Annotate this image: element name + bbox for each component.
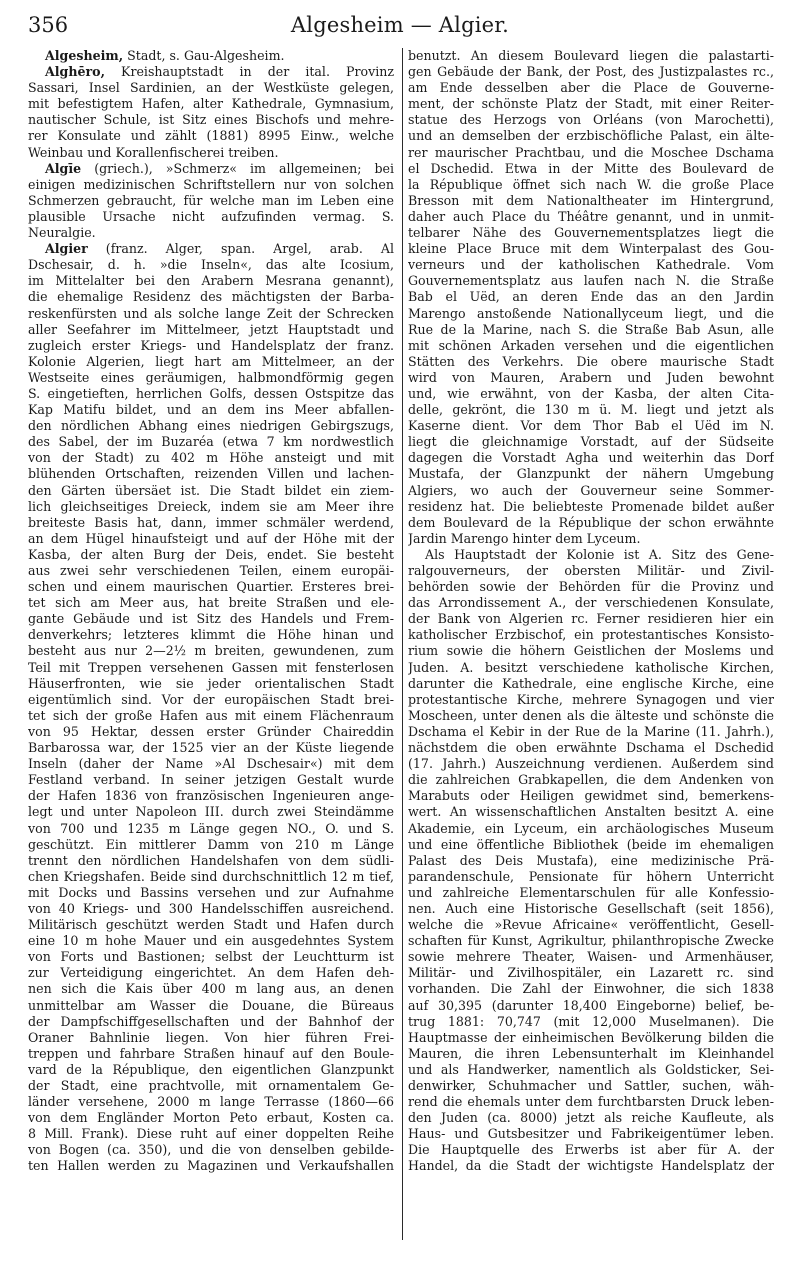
text-line: von dem Engländer Morton Peto erbaut, Ko… xyxy=(28,1110,394,1126)
line-text: rer Konsulate und zählt (1881) 8995 Einw… xyxy=(28,128,394,143)
line-text: von der Stadt) zu 402 m Höhe ansteigt un… xyxy=(28,450,394,465)
text-line: von 40 Kriegs- und 300 Handelsschiffen a… xyxy=(28,901,394,917)
line-text: gen Gebäude der Bank, der Post, des Just… xyxy=(408,64,774,79)
text-line: residenz hat. Die beliebteste Promenade … xyxy=(408,499,774,515)
text-line: tet sich der große Hafen aus mit einem F… xyxy=(28,708,394,724)
line-text: rer maurischer Prachtbau, und die Mosche… xyxy=(408,145,774,160)
text-line: tet sich am Meer aus, hat breite Straßen… xyxy=(28,595,394,611)
text-line: telbarer Nähe des Gouvernementsplatzes l… xyxy=(408,225,774,241)
line-text: des Sabel, der im Buzaréa (etwa 7 km nor… xyxy=(28,434,394,449)
line-text: Palast des Deis Mustafa), eine medizinis… xyxy=(408,853,774,868)
line-text: Jardin Marengo hinter dem Lyceum. xyxy=(408,531,640,546)
text-line: Sassari, Insel Sardinien, an der Westküs… xyxy=(28,80,394,96)
text-line: trug 1881: 70,747 (mit 12,000 Muselmanen… xyxy=(408,1014,774,1030)
line-text: nen sich die Kais über 400 m lang aus, a… xyxy=(28,981,394,996)
text-line: plausible Ursache nicht aufzufinden verm… xyxy=(28,209,394,225)
line-text: statue des Herzogs von Orléans (von Maro… xyxy=(408,112,774,127)
text-line: benutzt. An diesem Boulevard liegen die … xyxy=(408,48,774,64)
text-line: trennt den nördlichen Handelshafen von d… xyxy=(28,853,394,869)
line-text: das Arrondissement A., der verschiedenen… xyxy=(408,595,774,610)
line-text: kleine Place Bruce mit dem Winterpalast … xyxy=(408,241,774,256)
line-text: plausible Ursache nicht aufzufinden verm… xyxy=(28,209,394,224)
text-line: statue des Herzogs von Orléans (von Maro… xyxy=(408,112,774,128)
text-line: protestantische Kirche, mehrere Synagoge… xyxy=(408,692,774,708)
entry-headword: Algier xyxy=(45,241,88,256)
text-line: katholischer Erzbischof, ein protestanti… xyxy=(408,627,774,643)
text-line: zur Verteidigung eingerichtet. An dem Ha… xyxy=(28,965,394,981)
text-line: die zahlreichen Grabkapellen, die dem An… xyxy=(408,772,774,788)
running-head: Algesheim — Algier. xyxy=(28,12,772,38)
entry-line: Algīe (griech.), »Schmerz« im allgemeine… xyxy=(28,161,394,177)
text-line: Schmerzen gebraucht, für welche man im L… xyxy=(28,193,394,209)
text-line: Moscheen, unter denen als die älteste un… xyxy=(408,708,774,724)
line-text: der Stadt, eine prachtvolle, mit ornamen… xyxy=(28,1078,394,1093)
line-text: Häuserfronten, wie sie jeder orientalisc… xyxy=(28,676,394,691)
line-text: benutzt. An diesem Boulevard liegen die … xyxy=(408,48,774,63)
line-text: von Forts und Bastionen; selbst der Leuc… xyxy=(28,949,394,964)
line-text: Teil mit Treppen versehenen Gassen mit f… xyxy=(28,660,394,675)
line-text: einigen medizinischen Schriftstellern nu… xyxy=(28,177,394,192)
column-divider xyxy=(402,48,403,1240)
line-text: und eine öffentliche Bibliothek (beide i… xyxy=(408,837,774,852)
line-text: und an demselben der erzbischöfliche Pal… xyxy=(408,128,774,143)
line-text: und zahlreiche Elementarschulen für alle… xyxy=(408,885,774,900)
line-text: Festland verband. In seiner jetzigen Ges… xyxy=(28,772,394,787)
text-line: länder versehene, 2000 m lange Terrasse … xyxy=(28,1094,394,1110)
text-line: darunter die Kathedrale, eine englische … xyxy=(408,676,774,692)
line-text: Marengo anstoßende Nationallyceum liegt,… xyxy=(408,306,774,321)
line-text: denwirker, Schuhmacher und Sattler, such… xyxy=(408,1078,774,1093)
text-line: und an demselben der erzbischöfliche Pal… xyxy=(408,128,774,144)
line-text: vorhanden. Die Zahl der Einwohner, die s… xyxy=(408,981,774,996)
text-line: Dschesair, d. h. »die Inseln«, das alte … xyxy=(28,257,394,273)
page-header: 356 Algesheim — Algier. xyxy=(28,12,772,38)
line-text: die zahlreichen Grabkapellen, die dem An… xyxy=(408,772,774,787)
text-line: unmittelbar am Wasser die Douane, die Bü… xyxy=(28,998,394,1014)
line-text: blühenden Ortschaften, reizenden Villen … xyxy=(28,466,394,481)
text-line: mit schönen Arkaden versehen und die eig… xyxy=(408,338,774,354)
text-line: wert. An wissenschaftlichen Anstalten be… xyxy=(408,804,774,820)
line-text: vard de la République, den eigentlichen … xyxy=(28,1062,394,1077)
line-text: ment, der schönste Platz der Stadt, mit … xyxy=(408,96,774,111)
line-text: welche die »Revue Africaine« veröffentli… xyxy=(408,917,774,932)
text-line: schaften für Kunst, Agrikultur, philanth… xyxy=(408,933,774,949)
text-line: Jardin Marengo hinter dem Lyceum. xyxy=(408,531,774,547)
line-text: denverkehrs; letzteres klimmt die Höhe h… xyxy=(28,627,394,642)
line-text: S. eingetieften, herrlichen Golfs, desse… xyxy=(28,386,394,401)
text-line: daher auch Place du Théâtre genannt, und… xyxy=(408,209,774,225)
text-line: reskenfürsten und als solche lange Zeit … xyxy=(28,306,394,322)
text-line: nen. Auch eine Historische Gesellschaft … xyxy=(408,901,774,917)
text-line: Kolonie Algerien, liegt hart am Mittelme… xyxy=(28,354,394,370)
line-text: den Juden (ca. 8000) jetzt als reiche Ka… xyxy=(408,1110,774,1125)
text-line: parandenschule, Pensionate für höhern Un… xyxy=(408,869,774,885)
line-text: el Dschedid. Etwa in der Mitte des Boule… xyxy=(408,161,774,176)
line-text: behörden sowie der Behörden für die Prov… xyxy=(408,579,774,594)
entry-headword: Alghēro, xyxy=(45,64,105,79)
text-line: welche die »Revue Africaine« veröffentli… xyxy=(408,917,774,933)
line-text: länder versehene, 2000 m lange Terrasse … xyxy=(28,1094,394,1109)
line-text: Bresson mit dem Nationaltheater im Hinte… xyxy=(408,193,774,208)
text-line: dem Boulevard de la République der schon… xyxy=(408,515,774,531)
text-line: Juden. A. besitzt verschiedene katholisc… xyxy=(408,660,774,676)
text-line: von 95 Hektar, dessen erster Gründer Cha… xyxy=(28,724,394,740)
line-text: daher auch Place du Théâtre genannt, und… xyxy=(408,209,774,224)
text-line: mit befestigtem Hafen, alter Kathedrale,… xyxy=(28,96,394,112)
text-line: Handel, da die Stadt der wichtigste Hand… xyxy=(408,1158,774,1174)
text-line: la République öffnet sich nach W. die gr… xyxy=(408,177,774,193)
line-text: ten Hallen werden zu Magazinen und Verka… xyxy=(28,1158,394,1173)
text-line: der Bank von Algerien rc. Ferner residie… xyxy=(408,611,774,627)
line-text: der Hafen 1836 von französischen Ingenie… xyxy=(28,788,394,803)
text-line: lich gleichseitiges Dreieck, indem sie a… xyxy=(28,499,394,515)
line-text: ralgouverneurs, der obersten Militär- un… xyxy=(408,563,774,578)
line-text: dem Boulevard de la République der schon… xyxy=(408,515,774,530)
line-text: von Bogen (ca. 350), und die von denselb… xyxy=(28,1142,394,1157)
text-line: delle, gekrönt, die 130 m ü. M. liegt un… xyxy=(408,402,774,418)
text-line: eine 10 m hohe Mauer und ein ausgedehnte… xyxy=(28,933,394,949)
line-text: Marabuts oder Heiligen gewidmet sind, be… xyxy=(408,788,774,803)
line-text: (franz. Alger, span. Argel, arab. Al xyxy=(88,241,394,256)
text-line: einigen medizinischen Schriftstellern nu… xyxy=(28,177,394,193)
line-text: Weinbau und Korallenfischerei treiben. xyxy=(28,145,278,160)
text-line: nen sich die Kais über 400 m lang aus, a… xyxy=(28,981,394,997)
line-text: nen. Auch eine Historische Gesellschaft … xyxy=(408,901,774,916)
entry-line: Algesheim, Stadt, s. Gau-Algesheim. xyxy=(28,48,394,64)
text-line: und eine öffentliche Bibliothek (beide i… xyxy=(408,837,774,853)
text-line: Palast des Deis Mustafa), eine medizinis… xyxy=(408,853,774,869)
line-text: an dem Hügel hinaufsteigt und auf der Hö… xyxy=(28,531,394,546)
line-text: protestantische Kirche, mehrere Synagoge… xyxy=(408,692,774,707)
line-text: delle, gekrönt, die 130 m ü. M. liegt un… xyxy=(408,402,774,417)
line-text: geschützt. Ein mittlerer Damm von 210 m … xyxy=(28,837,394,852)
text-line: Haus- und Gutsbesitzer und Fabrikeigentü… xyxy=(408,1126,774,1142)
text-line: rer Konsulate und zählt (1881) 8995 Einw… xyxy=(28,128,394,144)
text-line: Hauptmasse der einheimischen Bevölkerung… xyxy=(408,1030,774,1046)
text-line: Mustafa, der Glanzpunkt der nähern Umgeb… xyxy=(408,466,774,482)
text-line: rend die ehemals unter dem furchtbarsten… xyxy=(408,1094,774,1110)
text-line: geschützt. Ein mittlerer Damm von 210 m … xyxy=(28,837,394,853)
text-line: Bab el Uëd, an deren Ende das an den Jar… xyxy=(408,289,774,305)
line-text: die ehemalige Residenz des mächtigsten d… xyxy=(28,289,394,304)
line-text: Stätten des Verkehrs. Die obere maurisch… xyxy=(408,354,774,369)
text-line: rer maurischer Prachtbau, und die Mosche… xyxy=(408,145,774,161)
text-line: Dschama el Kebir in der Rue de la Marine… xyxy=(408,724,774,740)
text-line: nächstdem die oben erwähnte Dschama el D… xyxy=(408,740,774,756)
text-line: S. eingetieften, herrlichen Golfs, desse… xyxy=(28,386,394,402)
line-text: sowie mehrere Theater, Waisen- und Armen… xyxy=(408,949,774,964)
line-text: den nördlichen Abhang eines niedrigen Ge… xyxy=(28,418,394,433)
line-text: Kaserne dient. Vor dem Thor Bab el Uëd i… xyxy=(408,418,774,433)
line-text: eigentümlich sind. Vor der europäischen … xyxy=(28,692,394,707)
line-text: Bab el Uëd, an deren Ende das an den Jar… xyxy=(408,289,774,304)
line-text: Kap Matifu bildet, und an dem ins Meer a… xyxy=(28,402,394,417)
text-line: Marabuts oder Heiligen gewidmet sind, be… xyxy=(408,788,774,804)
text-line: am Ende desselben aber die Place de Gouv… xyxy=(408,80,774,96)
line-text: im Mittelalter bei den Arabern Mesrana g… xyxy=(28,273,394,288)
line-text: Stadt, s. Gau-Algesheim. xyxy=(123,48,284,63)
line-text: legt und unter Napoleon III. durch zwei … xyxy=(28,804,394,819)
text-line: besteht aus nur 2—2½ m breiten, gewunden… xyxy=(28,643,394,659)
text-line: das Arrondissement A., der verschiedenen… xyxy=(408,595,774,611)
line-text: telbarer Nähe des Gouvernementsplatzes l… xyxy=(408,225,774,240)
line-text: treppen und fahrbare Straßen hinauf auf … xyxy=(28,1046,394,1061)
text-line: eigentümlich sind. Vor der europäischen … xyxy=(28,692,394,708)
text-line: liegt die gleichnamige Vorstadt, auf der… xyxy=(408,434,774,450)
line-text: eine 10 m hohe Mauer und ein ausgedehnte… xyxy=(28,933,394,948)
text-line: von der Stadt) zu 402 m Höhe ansteigt un… xyxy=(28,450,394,466)
line-text: Dschesair, d. h. »die Inseln«, das alte … xyxy=(28,257,394,272)
text-line: (17. Jahrh.) Auszeichnung verdienen. Auß… xyxy=(408,756,774,772)
line-text: chen Kriegshafen. Beide sind durchschnit… xyxy=(28,869,394,884)
line-text: Hauptmasse der einheimischen Bevölkerung… xyxy=(408,1030,774,1045)
text-line: Oraner Bahnlinie liegen. Von hier führen… xyxy=(28,1030,394,1046)
text-line: des Sabel, der im Buzaréa (etwa 7 km nor… xyxy=(28,434,394,450)
line-text: Kreishauptstadt in der ital. Provinz xyxy=(105,64,394,79)
line-text: mit befestigtem Hafen, alter Kathedrale,… xyxy=(28,96,394,111)
text-line: aus zwei sehr verschiedenen Teilen, eine… xyxy=(28,563,394,579)
line-text: Kolonie Algerien, liegt hart am Mittelme… xyxy=(28,354,394,369)
text-line: Marengo anstoßende Nationallyceum liegt,… xyxy=(408,306,774,322)
text-line: Weinbau und Korallenfischerei treiben. xyxy=(28,145,394,161)
line-text: tet sich der große Hafen aus mit einem F… xyxy=(28,708,394,723)
line-text: Westseite eines geräumigen, halbmondförm… xyxy=(28,370,394,385)
text-line: und als Handwerker, namentlich als Golds… xyxy=(408,1062,774,1078)
text-line: von 700 und 1235 m Länge gegen NO., O. u… xyxy=(28,821,394,837)
line-text: Schmerzen gebraucht, für welche man im L… xyxy=(28,193,394,208)
line-text: Militär- und Zivilhospitäler, ein Lazare… xyxy=(408,965,774,980)
line-text: Rue de la Marine, nach S. die Straße Bab… xyxy=(408,322,774,337)
text-line: gante Gebäude und ist Sitz des Handels u… xyxy=(28,611,394,627)
text-line: verneurs und der katholischen Kathedrale… xyxy=(408,257,774,273)
text-line: Gouvernementsplatz aus laufen nach N. di… xyxy=(408,273,774,289)
line-text: Moscheen, unter denen als die älteste un… xyxy=(408,708,774,723)
line-text: und als Handwerker, namentlich als Golds… xyxy=(408,1062,774,1077)
text-line: Kaserne dient. Vor dem Thor Bab el Uëd i… xyxy=(408,418,774,434)
line-text: Akademie, ein Lyceum, ein archäologische… xyxy=(408,821,774,836)
line-text: rend die ehemals unter dem furchtbarsten… xyxy=(408,1094,774,1109)
text-line: nautischer Schule, ist Sitz eines Bischo… xyxy=(28,112,394,128)
text-line: den nördlichen Abhang eines niedrigen Ge… xyxy=(28,418,394,434)
line-text: lich gleichseitiges Dreieck, indem sie a… xyxy=(28,499,394,514)
text-line: wird von Mauren, Arabern und Juden bewoh… xyxy=(408,370,774,386)
text-line: und zahlreiche Elementarschulen für alle… xyxy=(408,885,774,901)
text-line: auf 30,395 (darunter 18,400 Eingeborne) … xyxy=(408,998,774,1014)
text-line: Neuralgie. xyxy=(28,225,394,241)
line-text: Juden. A. besitzt verschiedene katholisc… xyxy=(408,660,774,675)
text-line: Als Hauptstadt der Kolonie ist A. Sitz d… xyxy=(408,547,774,563)
line-text: darunter die Kathedrale, eine englische … xyxy=(408,676,774,691)
text-line: ralgouverneurs, der obersten Militär- un… xyxy=(408,563,774,579)
line-text: den Gärten übersäet ist. Die Stadt bilde… xyxy=(28,483,394,498)
entry-headword: Algesheim, xyxy=(45,48,123,63)
line-text: dagegen die Vorstadt Agha und weiterhin … xyxy=(408,450,774,465)
text-line: Die Hauptquelle des Erwerbs ist aber für… xyxy=(408,1142,774,1158)
line-text: (griech.), »Schmerz« im allgemeinen; bei xyxy=(81,161,394,176)
text-line: Militärisch geschützt werden Stadt und H… xyxy=(28,917,394,933)
line-text: residenz hat. Die beliebteste Promenade … xyxy=(408,499,774,514)
line-text: liegt die gleichnamige Vorstadt, auf der… xyxy=(408,434,774,449)
text-line: blühenden Ortschaften, reizenden Villen … xyxy=(28,466,394,482)
text-line: und, wie erwähnt, von der Kasba, der alt… xyxy=(408,386,774,402)
line-text: Sassari, Insel Sardinien, an der Westküs… xyxy=(28,80,394,95)
line-text: auf 30,395 (darunter 18,400 Eingeborne) … xyxy=(408,998,774,1013)
text-line: Inseln (daher der Name »Al Dschesair«) m… xyxy=(28,756,394,772)
text-line: Algiers, wo auch der Gouverneur seine So… xyxy=(408,483,774,499)
text-line: Rue de la Marine, nach S. die Straße Bab… xyxy=(408,322,774,338)
entry-line: Algier (franz. Alger, span. Argel, arab.… xyxy=(28,241,394,257)
text-line: aller Seefahrer im Mittelmeer, jetzt Hau… xyxy=(28,322,394,338)
text-line: von Forts und Bastionen; selbst der Leuc… xyxy=(28,949,394,965)
line-text: la République öffnet sich nach W. die gr… xyxy=(408,177,774,192)
line-text: Gouvernementsplatz aus laufen nach N. di… xyxy=(408,273,774,288)
text-line: 8 Mill. Frank). Diese ruht auf einer dop… xyxy=(28,1126,394,1142)
text-line: an dem Hügel hinaufsteigt und auf der Hö… xyxy=(28,531,394,547)
text-line: el Dschedid. Etwa in der Mitte des Boule… xyxy=(408,161,774,177)
line-text: Oraner Bahnlinie liegen. Von hier führen… xyxy=(28,1030,394,1045)
text-line: den Juden (ca. 8000) jetzt als reiche Ka… xyxy=(408,1110,774,1126)
line-text: reskenfürsten und als solche lange Zeit … xyxy=(28,306,394,321)
line-text: Militärisch geschützt werden Stadt und H… xyxy=(28,917,394,932)
line-text: mit Docks und Bassins versehen und zur A… xyxy=(28,885,394,900)
line-text: schaften für Kunst, Agrikultur, philanth… xyxy=(408,933,774,948)
line-text: gante Gebäude und ist Sitz des Handels u… xyxy=(28,611,394,626)
line-text: Algiers, wo auch der Gouverneur seine So… xyxy=(408,483,774,498)
text-line: der Stadt, eine prachtvolle, mit ornamen… xyxy=(28,1078,394,1094)
line-text: Kasba, der alten Burg der Deis, endet. S… xyxy=(28,547,394,562)
line-text: trennt den nördlichen Handelshafen von d… xyxy=(28,853,394,868)
line-text: Inseln (daher der Name »Al Dschesair«) m… xyxy=(28,756,394,771)
text-line: Häuserfronten, wie sie jeder orientalisc… xyxy=(28,676,394,692)
line-text: Mustafa, der Glanzpunkt der nähern Umgeb… xyxy=(408,466,774,481)
line-text: besteht aus nur 2—2½ m breiten, gewunden… xyxy=(28,643,394,658)
text-line: denwirker, Schuhmacher und Sattler, such… xyxy=(408,1078,774,1094)
line-text: von 700 und 1235 m Länge gegen NO., O. u… xyxy=(28,821,394,836)
line-text: mit schönen Arkaden versehen und die eig… xyxy=(408,338,774,353)
text-line: behörden sowie der Behörden für die Prov… xyxy=(408,579,774,595)
line-text: aller Seefahrer im Mittelmeer, jetzt Hau… xyxy=(28,322,394,337)
text-line: gen Gebäude der Bank, der Post, des Just… xyxy=(408,64,774,80)
text-line: kleine Place Bruce mit dem Winterpalast … xyxy=(408,241,774,257)
text-line: Festland verband. In seiner jetzigen Ges… xyxy=(28,772,394,788)
line-text: parandenschule, Pensionate für höhern Un… xyxy=(408,869,774,884)
line-text: Haus- und Gutsbesitzer und Fabrikeigentü… xyxy=(408,1126,774,1141)
text-line: sowie mehrere Theater, Waisen- und Armen… xyxy=(408,949,774,965)
text-line: breiteste Basis hat, dann, immer schmäle… xyxy=(28,515,394,531)
text-line: Mauren, die ihren Lebensunterhalt im Kle… xyxy=(408,1046,774,1062)
right-column: benutzt. An diesem Boulevard liegen die … xyxy=(408,48,774,1175)
line-text: Handel, da die Stadt der wichtigste Hand… xyxy=(408,1158,774,1173)
line-text: nautischer Schule, ist Sitz eines Bischo… xyxy=(28,112,394,127)
text-line: Barbarossa war, der 1525 vier an der Küs… xyxy=(28,740,394,756)
text-line: Stätten des Verkehrs. Die obere maurisch… xyxy=(408,354,774,370)
line-text: zur Verteidigung eingerichtet. An dem Ha… xyxy=(28,965,394,980)
line-text: nächstdem die oben erwähnte Dschama el D… xyxy=(408,740,774,755)
line-text: der Bank von Algerien rc. Ferner residie… xyxy=(408,611,774,626)
text-line: legt und unter Napoleon III. durch zwei … xyxy=(28,804,394,820)
line-text: breiteste Basis hat, dann, immer schmäle… xyxy=(28,515,394,530)
line-text: Dschama el Kebir in der Rue de la Marine… xyxy=(408,724,774,739)
line-text: trug 1881: 70,747 (mit 12,000 Muselmanen… xyxy=(408,1014,774,1029)
text-line: der Dampfschiffgesellschaften und der Ba… xyxy=(28,1014,394,1030)
text-line: die ehemalige Residenz des mächtigsten d… xyxy=(28,289,394,305)
text-line: Akademie, ein Lyceum, ein archäologische… xyxy=(408,821,774,837)
line-text: aus zwei sehr verschiedenen Teilen, eine… xyxy=(28,563,394,578)
line-text: rium sowie die höhern Geistlichen der Mo… xyxy=(408,643,774,658)
text-line: zugleich erster Kriegs- und Handelsplatz… xyxy=(28,338,394,354)
text-line: von Bogen (ca. 350), und die von denselb… xyxy=(28,1142,394,1158)
text-line: Kap Matifu bildet, und an dem ins Meer a… xyxy=(28,402,394,418)
text-line: Teil mit Treppen versehenen Gassen mit f… xyxy=(28,660,394,676)
left-column: Algesheim, Stadt, s. Gau-Algesheim.Alghē… xyxy=(28,48,394,1175)
line-text: Mauren, die ihren Lebensunterhalt im Kle… xyxy=(408,1046,774,1061)
line-text: wert. An wissenschaftlichen Anstalten be… xyxy=(408,804,774,819)
text-line: ten Hallen werden zu Magazinen und Verka… xyxy=(28,1158,394,1174)
line-text: zugleich erster Kriegs- und Handelsplatz… xyxy=(28,338,394,353)
line-text: unmittelbar am Wasser die Douane, die Bü… xyxy=(28,998,394,1013)
text-line: denverkehrs; letzteres klimmt die Höhe h… xyxy=(28,627,394,643)
line-text: (17. Jahrh.) Auszeichnung verdienen. Auß… xyxy=(408,756,774,771)
text-line: Kasba, der alten Burg der Deis, endet. S… xyxy=(28,547,394,563)
text-line: ment, der schönste Platz der Stadt, mit … xyxy=(408,96,774,112)
line-text: Barbarossa war, der 1525 vier an der Küs… xyxy=(28,740,394,755)
line-text: der Dampfschiffgesellschaften und der Ba… xyxy=(28,1014,394,1029)
line-text: schen und einem maurischen Quartier. Ers… xyxy=(28,579,394,594)
line-text: 8 Mill. Frank). Diese ruht auf einer dop… xyxy=(28,1126,394,1141)
line-text: von 40 Kriegs- und 300 Handelsschiffen a… xyxy=(28,901,394,916)
text-line: treppen und fahrbare Straßen hinauf auf … xyxy=(28,1046,394,1062)
text-line: Bresson mit dem Nationaltheater im Hinte… xyxy=(408,193,774,209)
text-line: Westseite eines geräumigen, halbmondförm… xyxy=(28,370,394,386)
text-line: mit Docks und Bassins versehen und zur A… xyxy=(28,885,394,901)
line-text: Neuralgie. xyxy=(28,225,96,240)
line-text: Die Hauptquelle des Erwerbs ist aber für… xyxy=(408,1142,774,1157)
entry-headword: Algīe xyxy=(45,161,81,176)
line-text: und, wie erwähnt, von der Kasba, der alt… xyxy=(408,386,774,401)
text-line: der Hafen 1836 von französischen Ingenie… xyxy=(28,788,394,804)
line-text: wird von Mauren, Arabern und Juden bewoh… xyxy=(408,370,774,385)
line-text: verneurs und der katholischen Kathedrale… xyxy=(408,257,774,272)
text-line: schen und einem maurischen Quartier. Ers… xyxy=(28,579,394,595)
entry-line: Alghēro, Kreishauptstadt in der ital. Pr… xyxy=(28,64,394,80)
line-text: katholischer Erzbischof, ein protestanti… xyxy=(408,627,774,642)
text-line: Militär- und Zivilhospitäler, ein Lazare… xyxy=(408,965,774,981)
line-text: tet sich am Meer aus, hat breite Straßen… xyxy=(28,595,394,610)
line-text: von 95 Hektar, dessen erster Gründer Cha… xyxy=(28,724,394,739)
text-line: im Mittelalter bei den Arabern Mesrana g… xyxy=(28,273,394,289)
text-line: vorhanden. Die Zahl der Einwohner, die s… xyxy=(408,981,774,997)
text-line: chen Kriegshafen. Beide sind durchschnit… xyxy=(28,869,394,885)
text-line: dagegen die Vorstadt Agha und weiterhin … xyxy=(408,450,774,466)
text-line: rium sowie die höhern Geistlichen der Mo… xyxy=(408,643,774,659)
text-line: vard de la République, den eigentlichen … xyxy=(28,1062,394,1078)
line-text: Als Hauptstadt der Kolonie ist A. Sitz d… xyxy=(425,547,774,562)
line-text: von dem Engländer Morton Peto erbaut, Ko… xyxy=(28,1110,394,1125)
line-text: am Ende desselben aber die Place de Gouv… xyxy=(408,80,774,95)
text-line: den Gärten übersäet ist. Die Stadt bilde… xyxy=(28,483,394,499)
